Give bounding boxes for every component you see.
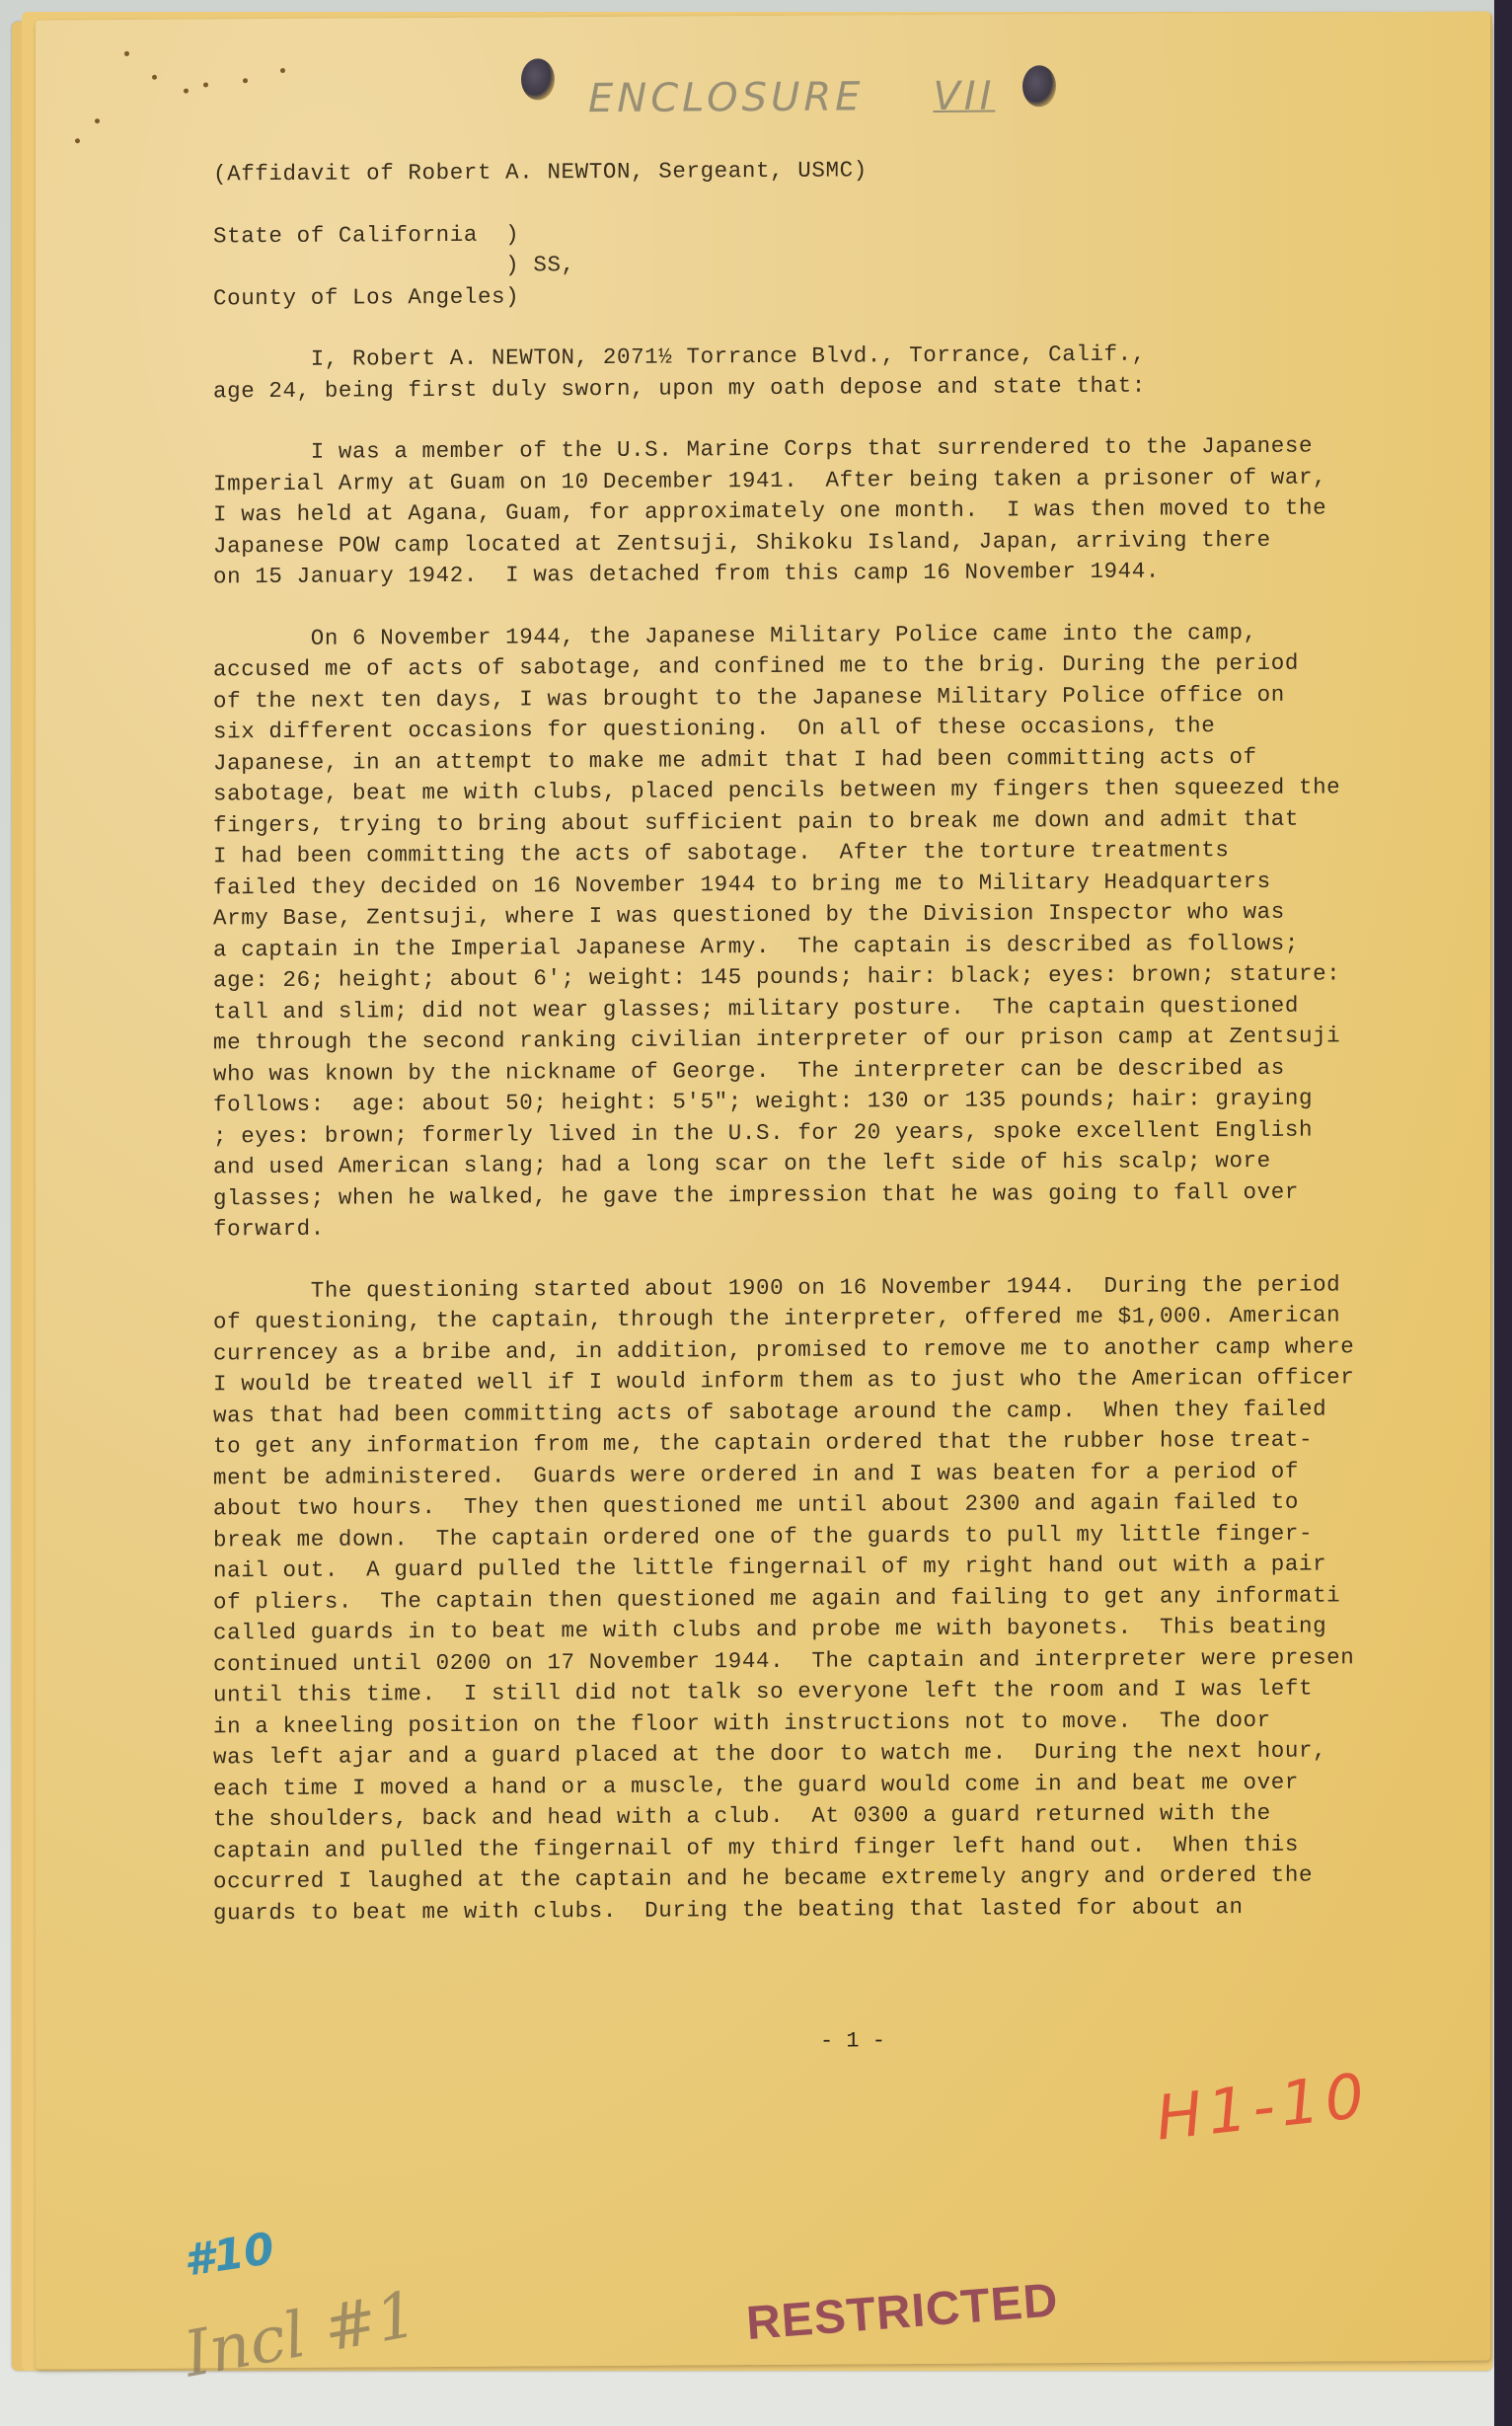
enclosure-text: ENCLOSURE [588,74,864,121]
page-number: - 1 - [820,2028,885,2053]
red-handwritten-annotation: H1-10 [1153,2059,1374,2155]
affidavit-body: (Affidavit of Robert A. NEWTON, Sergeant… [213,152,1447,1930]
enclosure-number: VII [933,74,995,119]
paragraph-capture: I was a member of the U.S. Marine Corps … [213,430,1447,593]
paragraph-questioning: The questioning started about 1900 on 16… [213,1268,1447,1929]
paragraph-intro: I, Robert A. NEWTON, 2071½ Torrance Blvd… [213,338,1447,408]
document-page: ENCLOSUREVII (Affidavit of Robert A. NEW… [36,11,1490,2369]
restricted-stamp: RESTRICTED [744,2273,1060,2351]
blue-handwritten-annotation: #10 [181,2224,277,2287]
handwritten-enclosure-label: ENCLOSUREVII [588,74,995,122]
background-dark-edge [1494,0,1512,2426]
paragraph-military-police: On 6 November 1944, the Japanese Militar… [213,616,1447,1246]
punch-hole-icon [521,58,555,100]
punch-hole-icon [1022,65,1056,107]
pencil-handwritten-annotation: Incl #1 [179,2278,422,2391]
